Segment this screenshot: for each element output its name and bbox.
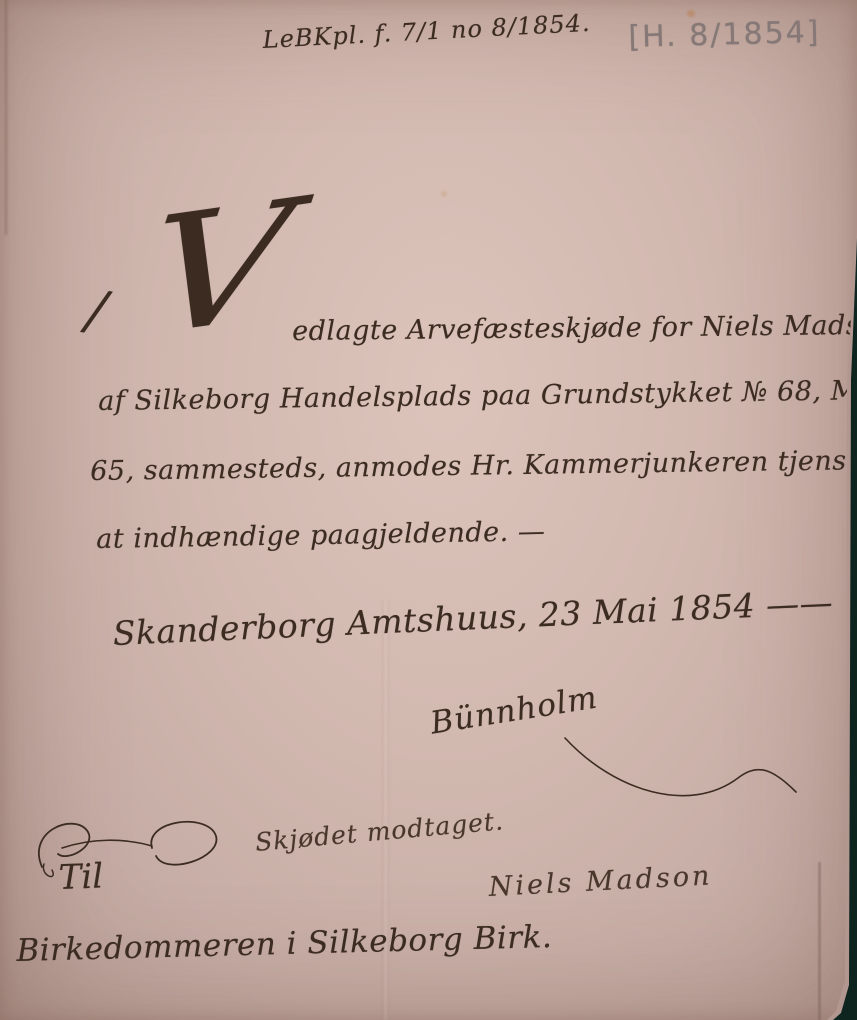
address-salutation: Til	[58, 856, 104, 898]
archival-reference-pencil: [H. 8/1854]	[628, 15, 821, 55]
signature-flourish	[560, 730, 810, 820]
second-sheet-edge-line	[818, 862, 821, 1020]
archival-reference-ink: LeBKpl. f. 7/1 no 8/1854.	[262, 9, 591, 54]
paper-left-edge-crease	[5, 0, 7, 235]
foxing-spot	[441, 191, 447, 197]
address-recipient: Birkedommeren i Silkeborg Birk.	[16, 919, 553, 969]
body-line-2: af Silkeborg Handelsplads paa Grundstykk…	[98, 374, 857, 417]
scanned-document-photo: { "colors":{ "paper":"#cdb4ab","paper_li…	[0, 0, 857, 1020]
ornate-initial-letter: V	[141, 178, 299, 360]
dateline: Skanderborg Amtshuus, 23 Mai 1854 ——	[112, 583, 834, 653]
body-line-3: 65, sammesteds, anmodes Hr. Kammerjunker…	[90, 444, 857, 487]
receipt-note: Skjødet modtaget.	[254, 806, 505, 857]
body-line-4: at indhændige paagjeldende. —	[96, 516, 546, 555]
receipt-signature: Niels Madson	[488, 860, 713, 903]
foxing-spot	[687, 10, 695, 17]
letter-paper: LeBKpl. f. 7/1 no 8/1854. [H. 8/1854] / …	[0, 0, 857, 1020]
margin-slash-mark: /	[83, 278, 110, 343]
body-line-1: edlagte Arvefæsteskjøde for Niels Madsen	[292, 310, 857, 347]
